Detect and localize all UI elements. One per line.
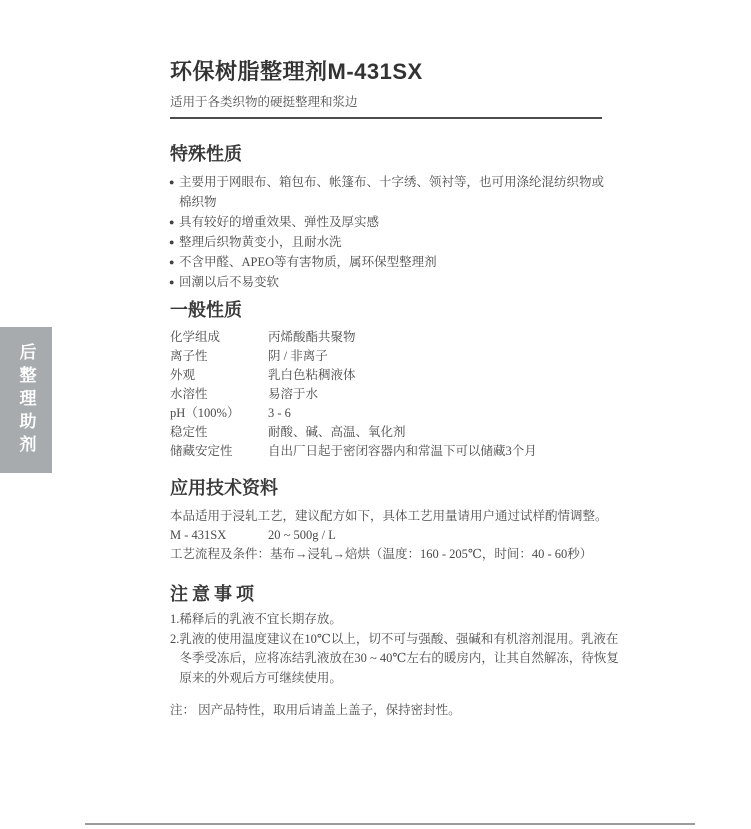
footer-divider <box>85 823 695 825</box>
property-value: 阴 / 非离子 <box>268 347 615 366</box>
item-number: 1. <box>170 610 179 630</box>
section-precautions: 注意事项 1. 稀释后的乳液不宜长期存放。 2. 乳液的使用温度建议在10℃以上… <box>170 583 630 720</box>
property-label: 离子性 <box>170 347 268 366</box>
bullet-icon: ● <box>169 272 174 292</box>
general-properties-table: 化学组成 丙烯酸酯共聚物 离子性 阴 / 非离子 外观 乳白色粘稠液体 水溶性 … <box>170 328 615 461</box>
document-header: 环保树脂整理剂M-431SX 适用于各类织物的硬挺整理和浆边 <box>170 58 602 119</box>
table-row: 外观 乳白色粘稠液体 <box>170 366 615 385</box>
property-label: 外观 <box>170 366 268 385</box>
bullet-text: 整理后织物黄变小，且耐水洗 <box>179 235 342 249</box>
list-item: ● 具有较好的增重效果、弹性及厚实感 <box>170 212 615 232</box>
table-row: pH（100%） 3 - 6 <box>170 404 615 423</box>
item-text: 稀释后的乳液不宜长期存放。 <box>179 610 342 630</box>
process-conditions: 工艺流程及条件：基布→浸轧→焙烘（温度：160 - 205℃，时间：40 - 6… <box>170 545 630 564</box>
list-item: 1. 稀释后的乳液不宜长期存放。 <box>170 610 630 630</box>
special-properties-list: ● 主要用于网眼布、箱包布、帐篷布、十字绣、领衬等，也可用涤纶混纺织物或棉织物 … <box>170 172 615 292</box>
bullet-icon: ● <box>169 212 174 232</box>
bullet-text: 主要用于网眼布、箱包布、帐篷布、十字绣、领衬等，也可用涤纶混纺织物或棉织物 <box>179 175 604 209</box>
bullet-text: 回潮以后不易变软 <box>179 275 279 289</box>
property-label: 稳定性 <box>170 423 268 442</box>
list-item: ● 回潮以后不易变软 <box>170 272 615 292</box>
list-item: ● 整理后织物黄变小，且耐水洗 <box>170 232 615 252</box>
property-value: 耐酸、碱、高温、氧化剂 <box>268 423 615 442</box>
property-value: 乳白色粘稠液体 <box>268 366 615 385</box>
dosage-product: M - 431SX <box>170 526 268 545</box>
section-special-properties: 特殊性质 ● 主要用于网眼布、箱包布、帐篷布、十字绣、领衬等，也可用涤纶混纺织物… <box>170 143 615 292</box>
dosage-amount: 20 ~ 500g / L <box>268 526 336 545</box>
table-row: 化学组成 丙烯酸酯共聚物 <box>170 328 615 347</box>
sealing-note: 注： 因产品特性，取用后请盖上盖子，保持密封性。 <box>170 701 630 720</box>
item-number: 2. <box>170 630 179 689</box>
table-row: 稳定性 耐酸、碱、高温、氧化剂 <box>170 423 615 442</box>
page-title: 环保树脂整理剂M-431SX <box>170 58 602 86</box>
property-label: 储藏安定性 <box>170 442 268 461</box>
bullet-text: 具有较好的增重效果、弹性及厚实感 <box>179 215 379 229</box>
property-label: 化学组成 <box>170 328 268 347</box>
page-subtitle: 适用于各类织物的硬挺整理和浆边 <box>170 95 602 119</box>
section-heading-precautions: 注意事项 <box>170 583 630 605</box>
property-value: 易溶于水 <box>268 385 615 404</box>
section-heading-general: 一般性质 <box>170 299 615 321</box>
property-value: 3 - 6 <box>268 404 615 423</box>
bullet-text: 不含甲醛、APEO等有害物质，属环保型整理剂 <box>179 255 437 269</box>
section-general-properties: 一般性质 化学组成 丙烯酸酯共聚物 离子性 阴 / 非离子 外观 乳白色粘稠液体… <box>170 299 615 461</box>
property-label: pH（100%） <box>170 404 268 423</box>
section-heading-special: 特殊性质 <box>170 143 615 165</box>
sidebar-category-tab: 后整理助剂 <box>0 327 52 473</box>
list-item: ● 主要用于网眼布、箱包布、帐篷布、十字绣、领衬等，也可用涤纶混纺织物或棉织物 <box>170 172 615 212</box>
table-row: 储藏安定性 自出厂日起于密闭容器内和常温下可以储藏3个月 <box>170 442 615 461</box>
list-item: ● 不含甲醛、APEO等有害物质，属环保型整理剂 <box>170 252 615 272</box>
application-body: 本品适用于浸轧工艺，建议配方如下，具体工艺用量请用户通过试样酌情调整。 M - … <box>170 507 630 564</box>
table-row: 水溶性 易溶于水 <box>170 385 615 404</box>
dosage-row: M - 431SX 20 ~ 500g / L <box>170 526 630 545</box>
bullet-icon: ● <box>169 252 174 272</box>
section-heading-application: 应用技术资料 <box>170 477 630 499</box>
precautions-list: 1. 稀释后的乳液不宜长期存放。 2. 乳液的使用温度建议在10℃以上，切不可与… <box>170 610 630 688</box>
section-application-data: 应用技术资料 本品适用于浸轧工艺，建议配方如下，具体工艺用量请用户通过试样酌情调… <box>170 477 630 564</box>
property-value: 丙烯酸酯共聚物 <box>268 328 615 347</box>
property-value: 自出厂日起于密闭容器内和常温下可以储藏3个月 <box>268 442 615 461</box>
property-label: 水溶性 <box>170 385 268 404</box>
bullet-icon: ● <box>169 172 174 192</box>
item-text: 乳液的使用温度建议在10℃以上，切不可与强酸、强碱和有机溶剂混用。乳液在冬季受冻… <box>179 630 630 689</box>
sidebar-category-label: 后整理助剂 <box>14 343 39 458</box>
application-intro: 本品适用于浸轧工艺，建议配方如下，具体工艺用量请用户通过试样酌情调整。 <box>170 507 630 526</box>
bullet-icon: ● <box>169 232 174 252</box>
table-row: 离子性 阴 / 非离子 <box>170 347 615 366</box>
list-item: 2. 乳液的使用温度建议在10℃以上，切不可与强酸、强碱和有机溶剂混用。乳液在冬… <box>170 630 630 689</box>
